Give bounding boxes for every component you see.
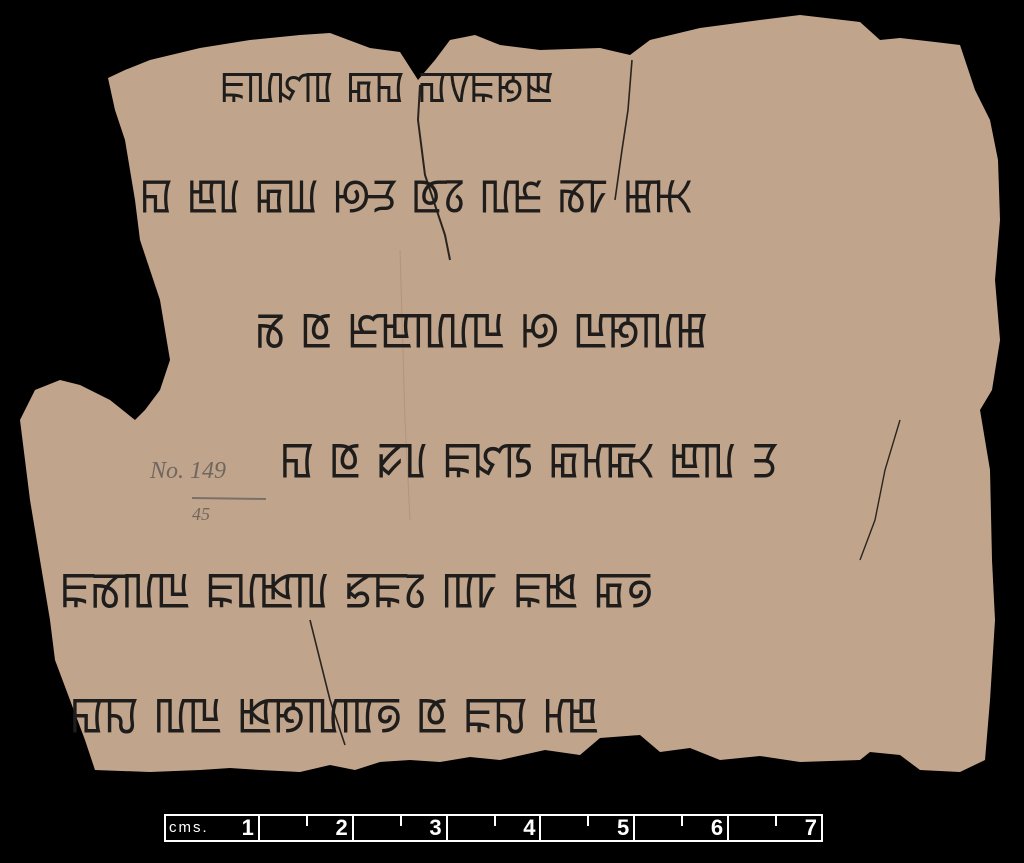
scale-cell-2: 2 <box>260 816 354 840</box>
catalog-sub-number: 45 <box>192 504 210 524</box>
half-cm-tick <box>775 816 777 826</box>
scale-unit-label: cms. <box>169 819 209 836</box>
scale-tick-label: 3 <box>429 816 441 840</box>
half-cm-tick <box>587 816 589 826</box>
scale-cell-5: 5 <box>541 816 635 840</box>
script-line-1: ꡀꡃꡜꡄ ꡂꡎ ꡌꡧꡀꡐꡣ <box>220 64 554 110</box>
annotation-divider <box>192 498 266 499</box>
scale-cell-3: 3 <box>354 816 448 840</box>
fragment-svg: ꡀꡃꡜꡄ ꡂꡎ ꡌꡧꡀꡐꡣ ꡎ ꡁꡦ ꡂꡆ ꡟꡭ ꡔꡞ ꡃꡈ ꡏꡠ ꡅꡘꡡ ꡏ … <box>0 0 1024 863</box>
scale-tick-label: 1 <box>242 816 254 840</box>
script-line-4: ꡎ ꡔ ꡛꡦ ꡀꡜꡑ ꡂꡘꡂꡡ ꡁꡃ ꡗ <box>280 432 778 486</box>
scale-cell-1: cms. 1 <box>166 816 260 840</box>
scale-bar: cms. 1 2 3 4 5 6 7 <box>164 814 823 842</box>
half-cm-tick <box>681 816 683 826</box>
scale-cell-4: 4 <box>448 816 542 840</box>
half-cm-tick <box>306 816 308 826</box>
scale-tick-label: 5 <box>617 816 629 840</box>
scale-tick-label: 7 <box>805 816 817 840</box>
scale-tick-label: 6 <box>711 816 723 840</box>
script-line-5: ꡀꡏꡃꡖ ꡀꡦꡓꡃ ꡝꡀꡞ ꡄꡠ ꡀꡓ ꡂꡟ <box>60 562 653 616</box>
catalog-number: No. 149 <box>149 458 226 484</box>
paper-fragment <box>20 15 1000 772</box>
scale-tick-label: 4 <box>523 816 535 840</box>
script-line-3: ꡏ ꡔ ꡈꡁꡃꡦꡖ ꡟ ꡖꡐꡃꡅ <box>255 302 708 356</box>
scale-cell-7: 7 <box>729 816 821 840</box>
script-line-2: ꡎ ꡁꡦ ꡂꡆ ꡟꡭ ꡔꡞ ꡃꡈ ꡏꡠ ꡅꡘꡡ <box>140 170 693 221</box>
half-cm-tick <box>400 816 402 826</box>
manuscript-photo: ꡀꡃꡜꡄ ꡂꡎ ꡌꡧꡀꡐꡣ ꡎ ꡁꡦ ꡂꡆ ꡟꡭ ꡔꡞ ꡃꡈ ꡏꡠ ꡅꡘꡡ ꡏ … <box>0 0 1024 863</box>
scale-cell-6: 6 <box>635 816 729 840</box>
half-cm-tick <box>494 816 496 826</box>
scale-tick-label: 2 <box>335 816 347 840</box>
script-line-6: ꡎꡍ ꡃꡖ ꡓꡐꡃꡄꡟ ꡔ ꡀꡍ ꡘꡁ <box>70 687 600 741</box>
